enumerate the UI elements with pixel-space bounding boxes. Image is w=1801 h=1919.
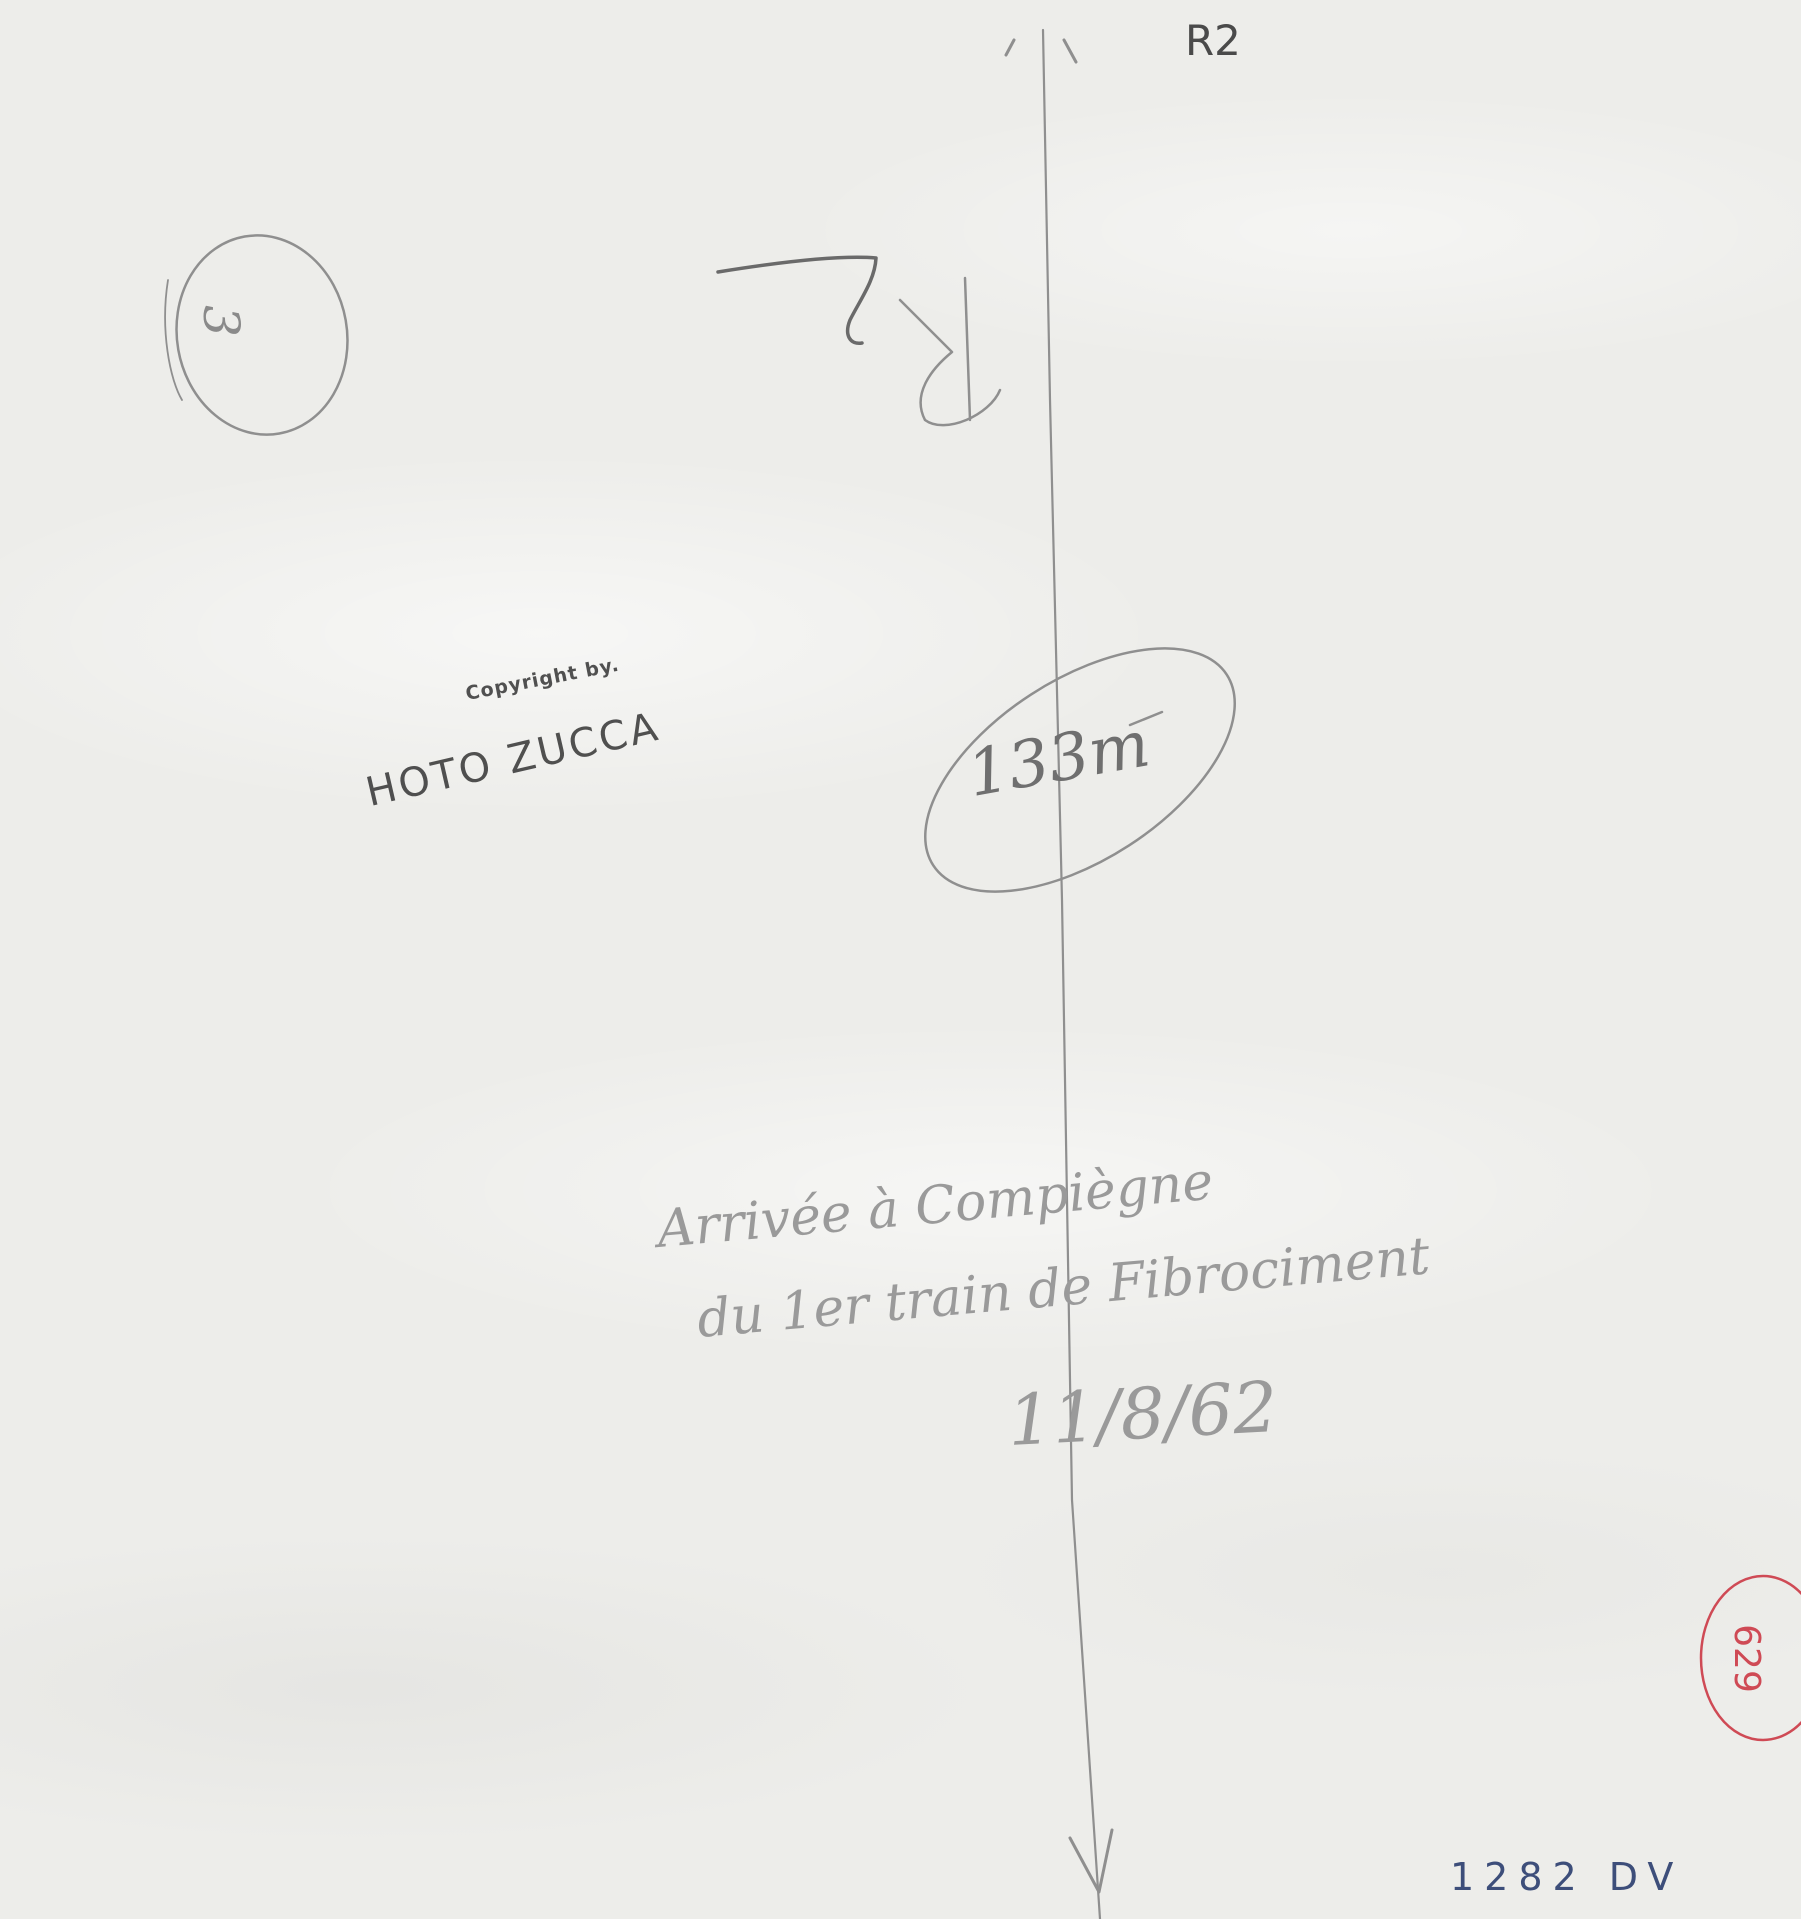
- rotated-r2-mark: [718, 257, 876, 343]
- arrowhead-down-icon: [1070, 1830, 1112, 1892]
- red-circled-number: 629: [1726, 1624, 1767, 1693]
- circled-number: 3: [192, 305, 250, 337]
- inventory-number: 1282 DV: [1450, 1855, 1683, 1899]
- crop-arrow-line: [1043, 30, 1100, 1919]
- pencil-marks: [0, 0, 1801, 1919]
- caption-date: 11/8/62: [1006, 1366, 1280, 1462]
- top-label: R2: [1185, 16, 1241, 65]
- arrowhead-up-icon: [1006, 40, 1076, 62]
